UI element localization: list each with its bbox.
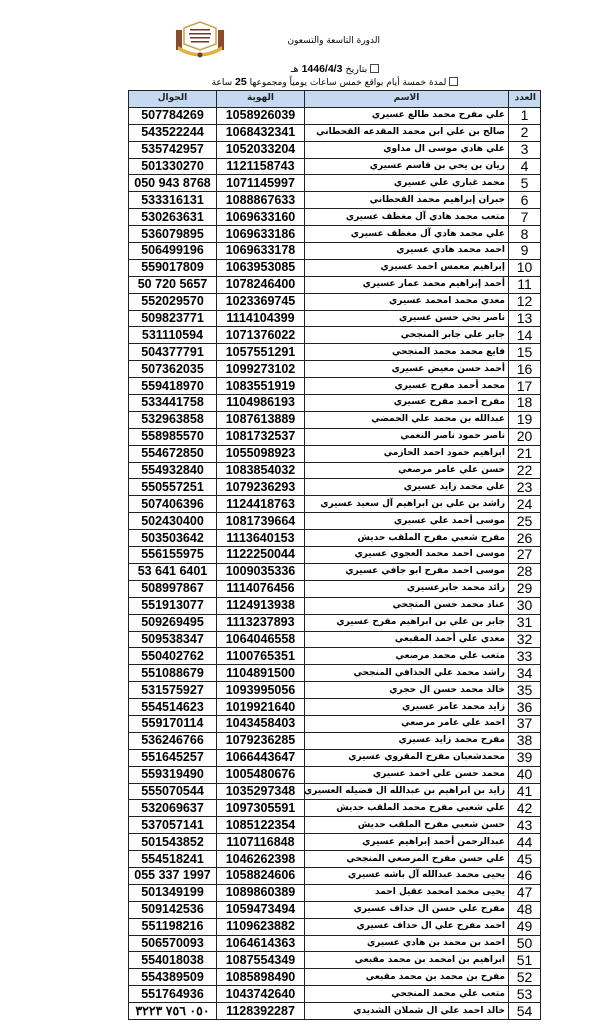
participant-name: خالد محمد حسن ال حجري <box>305 682 509 699</box>
mobile-number: 554389509 <box>129 969 217 986</box>
mobile-number: 501543852 <box>129 834 217 851</box>
table-row: 50احمد بن محمد بن هادي عسيري106461436350… <box>129 935 541 952</box>
table-row: 37احمد علي عامر مرصعي1043458403559170114 <box>129 715 541 732</box>
national-id: 1023369745 <box>217 293 305 310</box>
national-id: 1064614363 <box>217 935 305 952</box>
mobile-number: 552029570 <box>129 293 217 310</box>
national-id: 1079236285 <box>217 732 305 749</box>
national-id: 1124913938 <box>217 597 305 614</box>
mobile-number: 551645257 <box>129 749 217 766</box>
row-number: 16 <box>509 361 541 378</box>
mobile-number: 551088679 <box>129 665 217 682</box>
mobile-number: 509538347 <box>129 631 217 648</box>
table-row: 13ناصر يحي حسن عسيري1114104399509823771 <box>129 310 541 327</box>
table-row: 44عبدالرحمن أحمد إبراهيم عسيري1107116848… <box>129 834 541 851</box>
national-id: 1121158743 <box>217 158 305 175</box>
participant-name: محمد أحمد مفرح عسيري <box>305 378 509 395</box>
participant-name: عبدالله بن محمد علي الحمضي <box>305 411 509 428</box>
duration-line: لمدة خمسة أيام بواقع خمس ساعات يومياً وم… <box>130 76 540 88</box>
table-row: 35خالد محمد حسن ال حجري10939950565315759… <box>129 682 541 699</box>
row-number: 28 <box>509 563 541 580</box>
mobile-number: 507362035 <box>129 361 217 378</box>
participant-name: مفرح علي حسن ال حذاف عسيري <box>305 901 509 918</box>
national-id: 1089860389 <box>217 884 305 901</box>
mobile-number: 532069637 <box>129 800 217 817</box>
row-number: 32 <box>509 631 541 648</box>
mobile-number: 555070544 <box>129 783 217 800</box>
participant-name: رائد محمد جابرعسيري <box>305 580 509 597</box>
table-row: 54خالد احمد علي ال شملان الشديدي11283922… <box>129 1003 541 1020</box>
table-row: 1علي مفرح محمد طالع عسيري105892603950778… <box>129 107 541 124</box>
participant-name: احمد علي عامر مرصعي <box>305 715 509 732</box>
participant-name: حسن علي عامر مرصعي <box>305 462 509 479</box>
row-number: 36 <box>509 699 541 716</box>
mobile-number: 554018038 <box>129 952 217 969</box>
national-id: 1068432341 <box>217 124 305 141</box>
mobile-number: 508997867 <box>129 580 217 597</box>
national-id: 1035297348 <box>217 783 305 800</box>
mobile-number: 504377791 <box>129 344 217 361</box>
mobile-number: 535742957 <box>129 141 217 158</box>
table-row: 20ناصر حمود ناصر النعمي10817325375589855… <box>129 428 541 445</box>
duration-suffix: ساعة <box>212 78 232 88</box>
national-id: 1100765351 <box>217 648 305 665</box>
mobile-number: 550402762 <box>129 648 217 665</box>
row-number: 9 <box>509 243 541 260</box>
national-id: 1078246400 <box>217 276 305 293</box>
national-id: 1088867633 <box>217 192 305 209</box>
participant-name: علي حسن مفرح المرصعي المنجحي <box>305 851 509 868</box>
row-number: 31 <box>509 614 541 631</box>
row-number: 29 <box>509 580 541 597</box>
national-id: 1063953085 <box>217 259 305 276</box>
table-row: 3علي هادي موسى ال مداوي10520332045357429… <box>129 141 541 158</box>
mobile-number: 551198216 <box>129 918 217 935</box>
mobile-number: 53 641 6401 <box>129 563 217 580</box>
table-row: 39محمدشعبان مفرح المقروي عسيري1066443647… <box>129 749 541 766</box>
duration-prefix: لمدة خمسة أيام بواقع خمس ساعات يومياً وم… <box>250 78 447 88</box>
row-number: 19 <box>509 411 541 428</box>
national-id: 1122250044 <box>217 547 305 564</box>
table-row: 30عناد محمد حسن المنجحي11249139385519130… <box>129 597 541 614</box>
table-row: 49احمد مفرح علي ال حذاف عسيري11096238825… <box>129 918 541 935</box>
table-row: 46يحيى محمد عبدالله آل باشه عسيري1058824… <box>129 867 541 884</box>
row-number: 26 <box>509 530 541 547</box>
row-number: 46 <box>509 867 541 884</box>
row-number: 44 <box>509 834 541 851</box>
participant-name: خالد احمد علي ال شملان الشديدي <box>305 1003 509 1020</box>
row-number: 37 <box>509 715 541 732</box>
table-row: 33متعب علي محمد مرصعي1100765351550402762 <box>129 648 541 665</box>
table-row: 52مفرح بن محمد بن محمد مقبعي108589849055… <box>129 969 541 986</box>
mobile-number: 506499196 <box>129 243 217 260</box>
row-number: 2 <box>509 124 541 141</box>
date-prefix: بتاريخ <box>345 64 367 75</box>
participant-name: عناد محمد حسن المنجحي <box>305 597 509 614</box>
mobile-number: 507406396 <box>129 496 217 513</box>
table-row: 19عبدالله بن محمد علي الحمضي108761388953… <box>129 411 541 428</box>
mobile-number: 050 943 8768 <box>129 175 217 192</box>
table-row: 36زايد محمد عامر عسيري101992164055451462… <box>129 699 541 716</box>
table-row: 45علي حسن مفرح المرصعي المنجحي1046262398… <box>129 851 541 868</box>
row-number: 11 <box>509 276 541 293</box>
national-id: 1114104399 <box>217 310 305 327</box>
participant-name: زايد بن ابراهيم بن عبدالله ال فضيله العس… <box>305 783 509 800</box>
mobile-number: 503503642 <box>129 530 217 547</box>
mobile-number: 554672850 <box>129 445 217 462</box>
national-id: 1055098923 <box>217 445 305 462</box>
mobile-number: 506570093 <box>129 935 217 952</box>
national-id: 1064046558 <box>217 631 305 648</box>
course-title: الدورة التاسعة والتسعون <box>270 36 380 46</box>
participant-name: علي شعبي مفرح محمد الملقب حديش <box>305 800 509 817</box>
mobile-number: 554932840 <box>129 462 217 479</box>
table-row: 29رائد محمد جابرعسيري1114076456508997867 <box>129 580 541 597</box>
national-id: 1009035336 <box>217 563 305 580</box>
table-row: 5محمد غباري علي عسيري1071145997050 943 8… <box>129 175 541 192</box>
column-header-name: الاسم <box>305 91 509 108</box>
table-row: 34راشد محمد علي الحذافي المنجحي110489150… <box>129 665 541 682</box>
row-number: 49 <box>509 918 541 935</box>
row-number: 52 <box>509 969 541 986</box>
participant-name: ابراهيم بن امحمد بن محمد مقبعي <box>305 952 509 969</box>
participant-name: علي محمد زايد عسيري <box>305 479 509 496</box>
duration-hours: 25 <box>235 76 247 88</box>
mobile-number: 50 720 5657 <box>129 276 217 293</box>
mobile-number: 509269495 <box>129 614 217 631</box>
participant-name: متعب محمد هادي آل مغظف عسيري <box>305 209 509 226</box>
row-number: 47 <box>509 884 541 901</box>
participant-name: فايع محمد محمد المنجحي <box>305 344 509 361</box>
table-row: 14جابر علي جابر المنجحي10713760225311105… <box>129 327 541 344</box>
table-row: 17محمد أحمد مفرح عسيري108355191955941897… <box>129 378 541 395</box>
participant-name: احمد مفرح علي ال حذاف عسيري <box>305 918 509 935</box>
national-id: 1128392287 <box>217 1003 305 1020</box>
row-number: 35 <box>509 682 541 699</box>
participant-name: يحيى محمد عبدالله آل باشه عسيري <box>305 867 509 884</box>
row-number: 17 <box>509 378 541 395</box>
participant-name: متعب علي محمد مرصعي <box>305 648 509 665</box>
mobile-number: 559170114 <box>129 715 217 732</box>
mobile-number: 559017809 <box>129 259 217 276</box>
mobile-number: 558985570 <box>129 428 217 445</box>
row-number: 22 <box>509 462 541 479</box>
participant-name: معدي علي أحمد المقبعي <box>305 631 509 648</box>
mobile-number: ٠٥٠ ٧٥٦ ٣٢٢٣ <box>129 1003 217 1020</box>
participant-name: متعب علي محمد المنجحي <box>305 986 509 1003</box>
national-id: 1081739664 <box>217 513 305 530</box>
table-row: 16أحمد حسن معيض عسيري1099273102507362035 <box>129 361 541 378</box>
participant-name: موسى احمد مفرح ابو جافي عسيري <box>305 563 509 580</box>
participant-name: مفرح شعبي مفرح الملقب حديش <box>305 530 509 547</box>
row-number: 14 <box>509 327 541 344</box>
row-number: 3 <box>509 141 541 158</box>
row-number: 30 <box>509 597 541 614</box>
row-number: 5 <box>509 175 541 192</box>
participant-name: محمد غباري علي عسيري <box>305 175 509 192</box>
participant-name: جابر علي جابر المنجحي <box>305 327 509 344</box>
row-number: 10 <box>509 259 541 276</box>
mobile-number: 509823771 <box>129 310 217 327</box>
participant-name: مفرح احمد مفرح عسيري <box>305 395 509 412</box>
row-number: 23 <box>509 479 541 496</box>
row-number: 24 <box>509 496 541 513</box>
table-row: 12معدي محمد امحمد عسيري10233697455520295… <box>129 293 541 310</box>
mobile-number: 530263631 <box>129 209 217 226</box>
participant-name: علي مفرح محمد طالع عسيري <box>305 107 509 124</box>
mobile-number: 507784269 <box>129 107 217 124</box>
table-row: 42علي شعبي مفرح محمد الملقب حديش10973055… <box>129 800 541 817</box>
row-number: 20 <box>509 428 541 445</box>
table-row: 7متعب محمد هادي آل مغظف عسيري10696331605… <box>129 209 541 226</box>
row-number: 50 <box>509 935 541 952</box>
table-row: 47يحيى محمد امحمد عقيل احمد1089860389501… <box>129 884 541 901</box>
participant-name: يحيى محمد امحمد عقيل احمد <box>305 884 509 901</box>
table-row: 51ابراهيم بن امحمد بن محمد مقبعي10875543… <box>129 952 541 969</box>
participant-name: ريان بن يحي بن قاسم عسيري <box>305 158 509 175</box>
national-id: 1059473494 <box>217 901 305 918</box>
row-number: 8 <box>509 226 541 243</box>
national-id: 1071376022 <box>217 327 305 344</box>
mobile-number: 531575927 <box>129 682 217 699</box>
table-row: 28موسى احمد مفرح ابو جافي عسيري100903533… <box>129 563 541 580</box>
date-suffix: هـ <box>291 64 299 75</box>
mobile-number: 559418970 <box>129 378 217 395</box>
national-id: 1113237893 <box>217 614 305 631</box>
table-row: 10إبراهيم معمس احمد عسيري106395308555901… <box>129 259 541 276</box>
checkbox-glyph-icon <box>370 64 379 73</box>
national-id: 1104891500 <box>217 665 305 682</box>
row-number: 48 <box>509 901 541 918</box>
national-id: 1087613889 <box>217 411 305 428</box>
mobile-number: 531110594 <box>129 327 217 344</box>
table-row: 6جبران إبراهيم محمد القحطاني108886763353… <box>129 192 541 209</box>
participant-name: معدي محمد امحمد عسيري <box>305 293 509 310</box>
national-id: 1057551291 <box>217 344 305 361</box>
row-number: 45 <box>509 851 541 868</box>
mobile-number: 501349199 <box>129 884 217 901</box>
national-id: 1043458403 <box>217 715 305 732</box>
table-row: 2صالح بن علي ابن محمد المقدعه القحطاني10… <box>129 124 541 141</box>
mobile-number: 509142536 <box>129 901 217 918</box>
row-number: 40 <box>509 766 541 783</box>
national-id: 1083854032 <box>217 462 305 479</box>
national-id: 1097305591 <box>217 800 305 817</box>
row-number: 39 <box>509 749 541 766</box>
mobile-number: 559319490 <box>129 766 217 783</box>
participant-name: محمد حسن علي احمد عسيري <box>305 766 509 783</box>
row-number: 25 <box>509 513 541 530</box>
mobile-number: 536246766 <box>129 732 217 749</box>
row-number: 4 <box>509 158 541 175</box>
mobile-number: 055 337 1997 <box>129 867 217 884</box>
participant-name: ابراهيم حمود احمد الحازمي <box>305 445 509 462</box>
row-number: 7 <box>509 209 541 226</box>
participant-name: موسى احمد محمد العجوي عسيري <box>305 547 509 564</box>
participant-name: جابر بن علي بن ابراهيم مفرح عسيري <box>305 614 509 631</box>
participant-name: صالح بن علي ابن محمد المقدعه القحطاني <box>305 124 509 141</box>
national-id: 1052033204 <box>217 141 305 158</box>
table-row: 41زايد بن ابراهيم بن عبدالله ال فضيله ال… <box>129 783 541 800</box>
national-id: 1093995056 <box>217 682 305 699</box>
participant-name: علي هادي موسى ال مداوي <box>305 141 509 158</box>
mobile-number: 543522244 <box>129 124 217 141</box>
participant-name: ناصر يحي حسن عسيري <box>305 310 509 327</box>
national-id: 1043742640 <box>217 986 305 1003</box>
national-id: 1079236293 <box>217 479 305 496</box>
mobile-number: 554514623 <box>129 699 217 716</box>
table-row: 18مفرح احمد مفرح عسيري110498619353344175… <box>129 395 541 412</box>
national-id: 1069633178 <box>217 243 305 260</box>
column-header-number: العدد <box>509 91 541 108</box>
national-id: 1069633186 <box>217 226 305 243</box>
participant-name: أحمد إبراهيم محمد عمار عسيري <box>305 276 509 293</box>
national-id: 1019921640 <box>217 699 305 716</box>
row-number: 12 <box>509 293 541 310</box>
table-row: 27موسى احمد محمد العجوي عسيري11222500445… <box>129 547 541 564</box>
table-row: 15فايع محمد محمد المنجحي1057551291504377… <box>129 344 541 361</box>
row-number: 6 <box>509 192 541 209</box>
table-row: 11أحمد إبراهيم محمد عمار عسيري1078246400… <box>129 276 541 293</box>
participant-name: حسن شعبي مفرح الملقب حديش <box>305 817 509 834</box>
mobile-number: 533316131 <box>129 192 217 209</box>
date-line: بتاريخ 1446/4/3 هـ <box>130 63 540 75</box>
table-row: 26مفرح شعبي مفرح الملقب حديش111364015350… <box>129 530 541 547</box>
checkbox-glyph-icon <box>449 77 458 86</box>
mobile-number: 556155975 <box>129 547 217 564</box>
national-id: 1085122354 <box>217 817 305 834</box>
mobile-number: 554518241 <box>129 851 217 868</box>
national-id: 1071145997 <box>217 175 305 192</box>
row-number: 33 <box>509 648 541 665</box>
table-row: 53متعب علي محمد المنجحي10437426405517649… <box>129 986 541 1003</box>
mobile-number: 551764936 <box>129 986 217 1003</box>
national-id: 1109623882 <box>217 918 305 935</box>
participant-name: احمد بن محمد بن هادي عسيري <box>305 935 509 952</box>
participant-name: راشد محمد علي الحذافي المنجحي <box>305 665 509 682</box>
participant-name: موسى أحمد علي عسيري <box>305 513 509 530</box>
row-number: 21 <box>509 445 541 462</box>
column-header-id: الهوية <box>217 91 305 108</box>
row-number: 1 <box>509 107 541 124</box>
row-number: 15 <box>509 344 541 361</box>
national-id: 1087554349 <box>217 952 305 969</box>
row-number: 13 <box>509 310 541 327</box>
table-row: 21ابراهيم حمود احمد الحازمي1055098923554… <box>129 445 541 462</box>
table-header-row: العدد الاسم الهوية الجوال <box>129 91 541 108</box>
row-number: 38 <box>509 732 541 749</box>
participants-table: العدد الاسم الهوية الجوال 1علي مفرح محمد… <box>128 90 541 1020</box>
table-row: 4ريان بن يحي بن قاسم عسيري11211587435013… <box>129 158 541 175</box>
national-id: 1083551919 <box>217 378 305 395</box>
row-number: 53 <box>509 986 541 1003</box>
participant-name: محمدشعبان مفرح المقروي عسيري <box>305 749 509 766</box>
participant-name: علي محمد هادي آل مغظف عسيري <box>305 226 509 243</box>
participant-name: مفرح محمد زايد عسيري <box>305 732 509 749</box>
participant-name: عبدالرحمن أحمد إبراهيم عسيري <box>305 834 509 851</box>
national-id: 1114076456 <box>217 580 305 597</box>
participant-name: إبراهيم معمس احمد عسيري <box>305 259 509 276</box>
row-number: 42 <box>509 800 541 817</box>
national-id: 1046262398 <box>217 851 305 868</box>
date-value: 1446/4/3 <box>302 63 343 75</box>
participant-name: أحمد حسن معيض عسيري <box>305 361 509 378</box>
mobile-number: 551913077 <box>129 597 217 614</box>
participant-name: مفرح بن محمد بن محمد مقبعي <box>305 969 509 986</box>
participant-name: زايد محمد عامر عسيري <box>305 699 509 716</box>
row-number: 18 <box>509 395 541 412</box>
row-number: 51 <box>509 952 541 969</box>
participant-name: جبران إبراهيم محمد القحطاني <box>305 192 509 209</box>
mobile-number: 533441758 <box>129 395 217 412</box>
table-row: 23علي محمد زايد عسيري1079236293550557251 <box>129 479 541 496</box>
table-row: 32معدي علي أحمد المقبعي10640465585095383… <box>129 631 541 648</box>
mobile-number: 532963858 <box>129 411 217 428</box>
participant-name: احمد محمد هادي عسيري <box>305 243 509 260</box>
table-row: 22حسن علي عامر مرصعي1083854032554932840 <box>129 462 541 479</box>
national-id: 1113640153 <box>217 530 305 547</box>
table-row: 40محمد حسن علي احمد عسيري100548067655931… <box>129 766 541 783</box>
association-logo <box>172 20 228 60</box>
table-row: 9احمد محمد هادي عسيري1069633178506499196 <box>129 243 541 260</box>
national-id: 1104986193 <box>217 395 305 412</box>
row-number: 34 <box>509 665 541 682</box>
national-id: 1099273102 <box>217 361 305 378</box>
national-id: 1107116848 <box>217 834 305 851</box>
national-id: 1005480676 <box>217 766 305 783</box>
mobile-number: 501330270 <box>129 158 217 175</box>
table-row: 48مفرح علي حسن ال حذاف عسيري105947349450… <box>129 901 541 918</box>
table-row: 31جابر بن علي بن ابراهيم مفرح عسيري11132… <box>129 614 541 631</box>
row-number: 43 <box>509 817 541 834</box>
table-row: 25موسى أحمد علي عسيري1081739664502430400 <box>129 513 541 530</box>
table-row: 38مفرح محمد زايد عسيري107923628553624676… <box>129 732 541 749</box>
row-number: 54 <box>509 1003 541 1020</box>
national-id: 1124418763 <box>217 496 305 513</box>
mobile-number: 537057141 <box>129 817 217 834</box>
mobile-number: 536079895 <box>129 226 217 243</box>
mobile-number: 550557251 <box>129 479 217 496</box>
row-number: 27 <box>509 547 541 564</box>
mobile-number: 502430400 <box>129 513 217 530</box>
national-id: 1081732537 <box>217 428 305 445</box>
table-row: 8علي محمد هادي آل مغظف عسيري106963318653… <box>129 226 541 243</box>
national-id: 1058926039 <box>217 107 305 124</box>
national-id: 1069633160 <box>217 209 305 226</box>
row-number: 41 <box>509 783 541 800</box>
table-row: 24راشد بن علي بن ابراهيم آل سعيد عسيري11… <box>129 496 541 513</box>
national-id: 1066443647 <box>217 749 305 766</box>
table-row: 43حسن شعبي مفرح الملقب حديش1085122354537… <box>129 817 541 834</box>
participant-name: ناصر حمود ناصر النعمي <box>305 428 509 445</box>
participant-name: راشد بن علي بن ابراهيم آل سعيد عسيري <box>305 496 509 513</box>
column-header-mobile: الجوال <box>129 91 217 108</box>
national-id: 1058824606 <box>217 867 305 884</box>
national-id: 1085898490 <box>217 969 305 986</box>
